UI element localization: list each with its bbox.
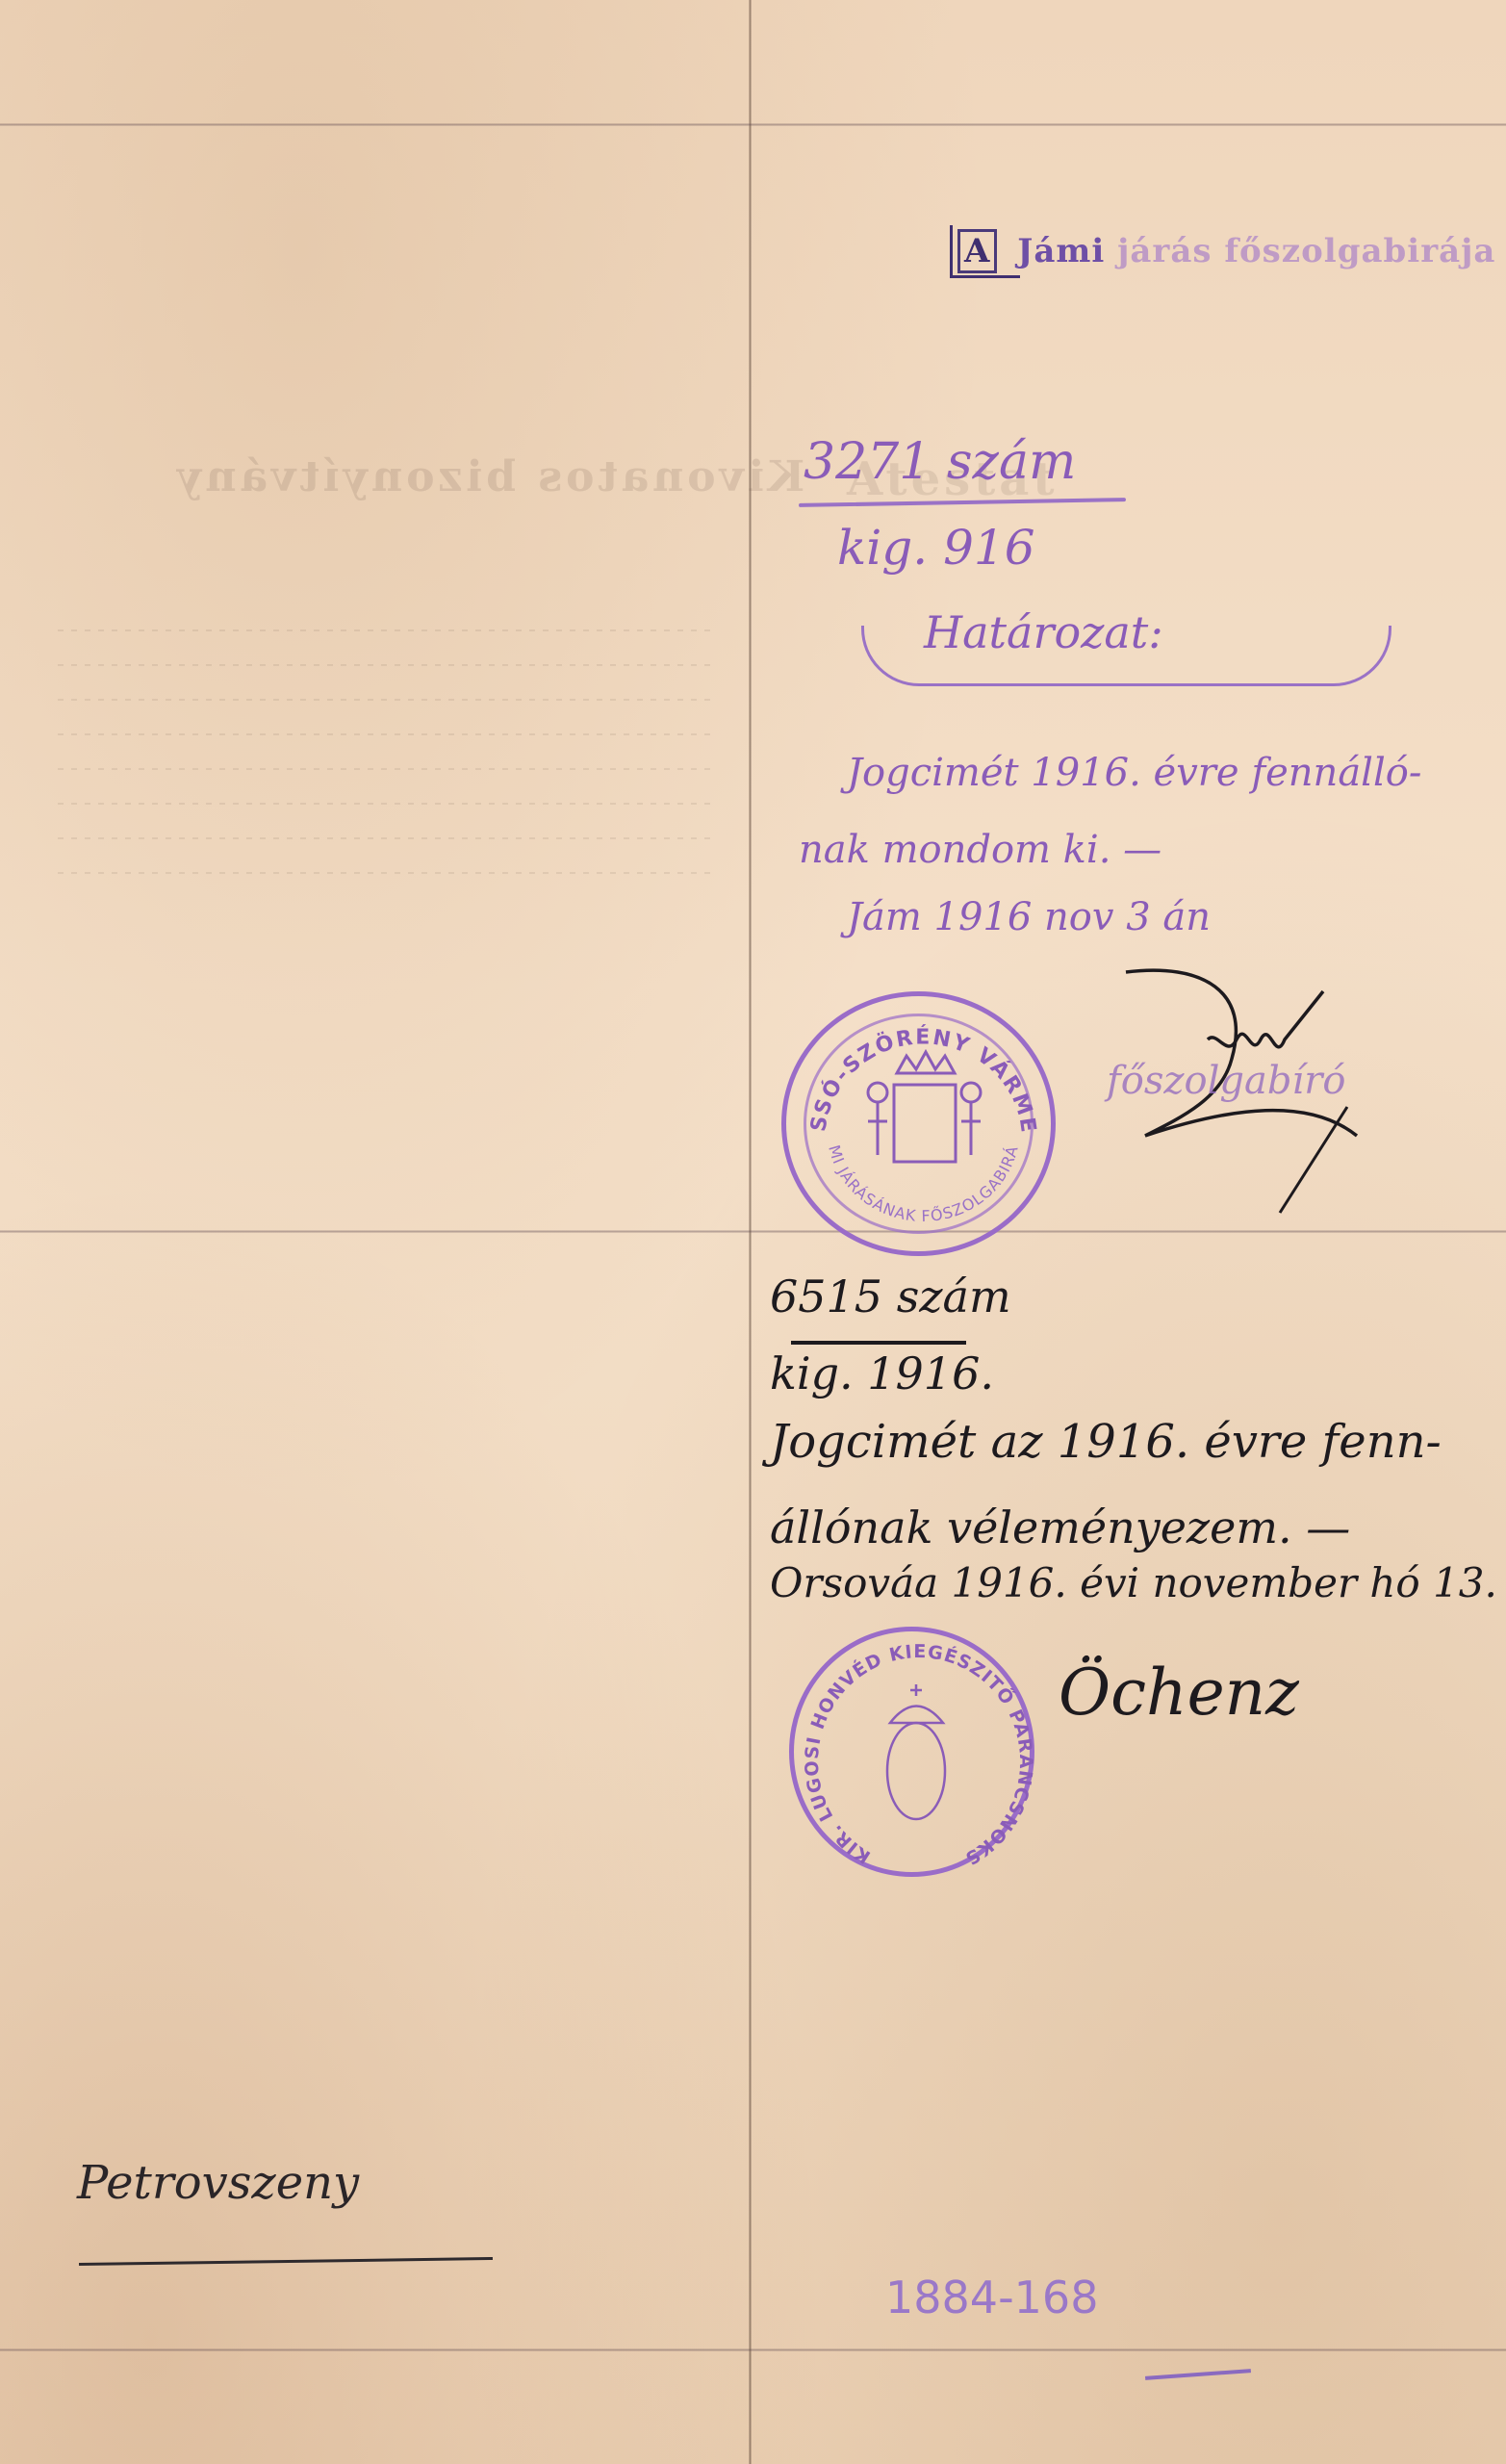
opinion-body-line-2: állónak véleményezem. — bbox=[770, 1501, 1350, 1553]
magistrate-title: főszolgabíró bbox=[1107, 1059, 1345, 1103]
middle-fold-line bbox=[0, 1230, 1506, 1233]
stamp-text-bold: Jámi bbox=[1017, 232, 1105, 270]
decision-kig: kig. 916 bbox=[837, 520, 1035, 576]
archive-mark-stroke bbox=[1145, 2369, 1251, 2380]
decision-place-date: Jám 1916 nov 3 án bbox=[847, 895, 1211, 939]
military-round-stamp: M. KIR. LUGOSI HONVÉD KIEGÉSZITŐ PARANCS… bbox=[789, 1627, 1034, 1877]
opinion-place-date: Orsováa 1916. évi november hó 13. bbox=[770, 1559, 1497, 1606]
decision-body-line-1: Jogcimét 1916. évre fennálló- bbox=[847, 751, 1421, 795]
bleed-through-title-left: Kivonatos bizonyítvány bbox=[173, 452, 804, 501]
opinion-kig: kig. 1916. bbox=[770, 1347, 994, 1399]
person-name-signature: Petrovszeny bbox=[77, 2156, 359, 2210]
county-round-stamp: KRASSÓ-SZÖRÉNY VÁRMEGYE JÁMI JÁRÁSÁNAK F… bbox=[781, 991, 1056, 1256]
person-name-underline bbox=[79, 2257, 493, 2266]
decision-number: 3271 szám bbox=[804, 433, 1076, 491]
commander-signature: Öchenz bbox=[1059, 1655, 1299, 1730]
svg-text:M. KIR. LUGOSI HONVÉD KIEGÉSZI: M. KIR. LUGOSI HONVÉD KIEGÉSZITŐ PARANCS… bbox=[794, 1631, 1036, 1871]
opinion-body-line-1: Jogcimét az 1916. évre fenn- bbox=[770, 1415, 1442, 1469]
decision-body-line-2: nak mondom ki. — bbox=[799, 828, 1161, 872]
top-fold-line bbox=[0, 123, 1506, 126]
bleed-through-lines bbox=[58, 597, 712, 907]
bottom-fold-line bbox=[0, 2348, 1506, 2351]
document-sheet: Kivonatos bizonyítvány Atestat A Jámi já… bbox=[0, 0, 1506, 2464]
military-stamp-text: M. KIR. LUGOSI HONVÉD KIEGÉSZITŐ PARANCS… bbox=[794, 1631, 1036, 1871]
coat-of-arms-icon bbox=[868, 1052, 981, 1162]
office-header-stamp: A Jámi járás főszolgabirája bbox=[957, 229, 1495, 273]
opinion-number-underline bbox=[791, 1341, 966, 1345]
stamp-bracket bbox=[950, 225, 1020, 278]
decision-heading-flourish bbox=[861, 626, 1391, 686]
holy-crown-icon bbox=[887, 1684, 945, 1819]
archive-number: 1884-168 bbox=[885, 2271, 1098, 2323]
opinion-number: 6515 szám bbox=[770, 1270, 1011, 1322]
stamp-text-faded: járás főszolgabirája bbox=[1117, 232, 1495, 270]
